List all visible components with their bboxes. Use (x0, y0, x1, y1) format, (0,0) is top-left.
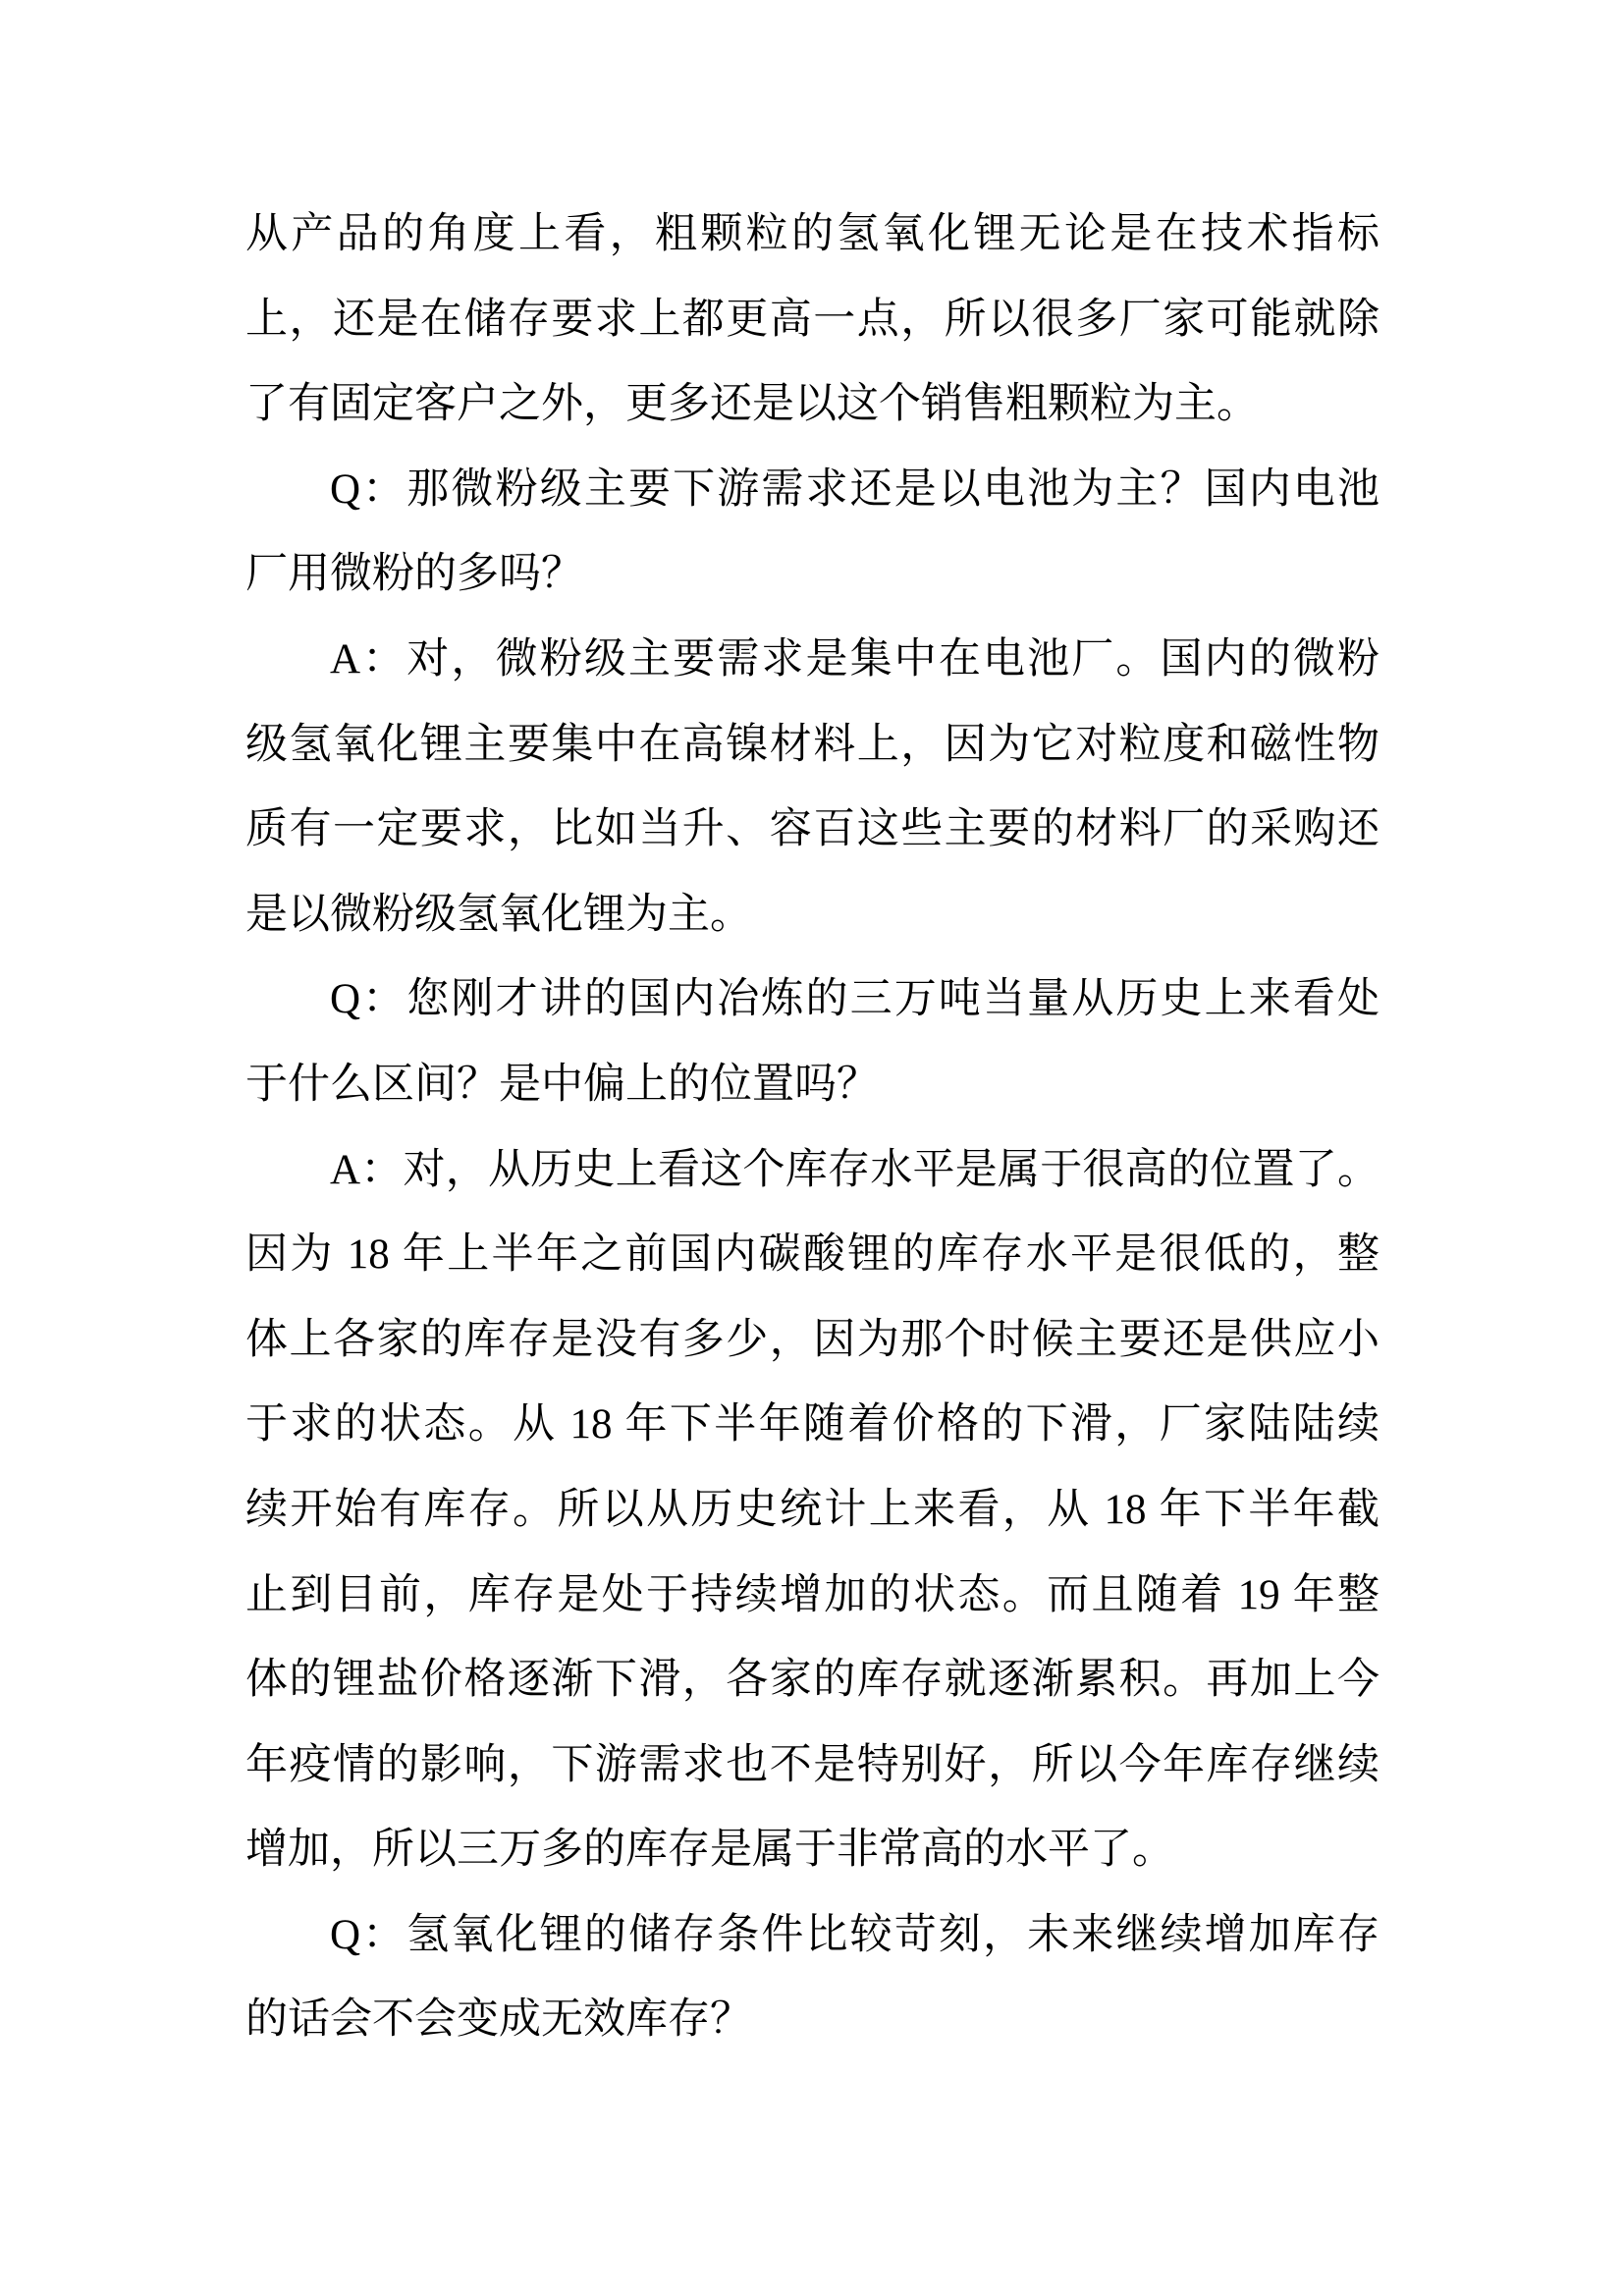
text-line: A：对，微粉级主要需求是集中在电池厂。国内的微粉 (245, 618, 1380, 703)
text-line: 的话会不会变成无效库存？ (245, 1978, 1380, 2063)
text-line: 于什么区间？是中偏上的位置吗？ (245, 1043, 1380, 1128)
text-line: 体上各家的库存是没有多少，因为那个时候主要还是供应小 (245, 1298, 1380, 1384)
text-line: 级氢氧化锂主要集中在高镍材料上，因为它对粒度和磁性物 (245, 703, 1380, 789)
text-line: 是以微粉级氢氧化锂为主。 (245, 873, 1380, 958)
text-content: 从产品的角度上看，粗颗粒的氢氧化锂无论是在技术指标 上，还是在储存要求上都更高一… (245, 192, 1380, 2063)
paragraph-answer-continuation: 从产品的角度上看，粗颗粒的氢氧化锂无论是在技术指标 上，还是在储存要求上都更高一… (245, 192, 1380, 448)
paragraph-answer-2: A：对，从历史上看这个库存水平是属于很高的位置了。 因为 18 年上半年之前国内… (245, 1128, 1380, 1893)
paragraph-question-3: Q：氢氧化锂的储存条件比较苛刻，未来继续增加库存 的话会不会变成无效库存？ (245, 1893, 1380, 2063)
text-line: 了有固定客户之外，更多还是以这个销售粗颗粒为主。 (245, 362, 1380, 448)
text-line: 增加，所以三万多的库存是属于非常高的水平了。 (245, 1808, 1380, 1893)
text-line: 于求的状态。从 18 年下半年随着价格的下滑，厂家陆陆续 (245, 1383, 1380, 1468)
text-line: 续开始有库存。所以从历史统计上来看，从 18 年下半年截 (245, 1468, 1380, 1554)
text-line: 上，还是在储存要求上都更高一点，所以很多厂家可能就除 (245, 278, 1380, 363)
text-line: 年疫情的影响，下游需求也不是特别好，所以今年库存继续 (245, 1723, 1380, 1809)
text-line: Q：您刚才讲的国内冶炼的三万吨当量从历史上来看处 (245, 957, 1380, 1043)
paragraph-answer-1: A：对，微粉级主要需求是集中在电池厂。国内的微粉 级氢氧化锂主要集中在高镍材料上… (245, 618, 1380, 957)
text-line: 因为 18 年上半年之前国内碳酸锂的库存水平是很低的，整 (245, 1213, 1380, 1298)
text-line: Q：那微粉级主要下游需求还是以电池为主？国内电池 (245, 448, 1380, 533)
text-line: 从产品的角度上看，粗颗粒的氢氧化锂无论是在技术指标 (245, 192, 1380, 278)
text-line: 质有一定要求，比如当升、容百这些主要的材料厂的采购还 (245, 788, 1380, 873)
text-line: 厂用微粉的多吗？ (245, 532, 1380, 618)
text-line: A：对，从历史上看这个库存水平是属于很高的位置了。 (245, 1128, 1380, 1214)
text-line: 止到目前，库存是处于持续增加的状态。而且随着 19 年整 (245, 1554, 1380, 1639)
paragraph-question-1: Q：那微粉级主要下游需求还是以电池为主？国内电池 厂用微粉的多吗？ (245, 448, 1380, 618)
paragraph-question-2: Q：您刚才讲的国内冶炼的三万吨当量从历史上来看处 于什么区间？是中偏上的位置吗？ (245, 957, 1380, 1127)
document-page: 从产品的角度上看，粗颗粒的氢氧化锂无论是在技术指标 上，还是在储存要求上都更高一… (0, 0, 1623, 2296)
text-line: Q：氢氧化锂的储存条件比较苛刻，未来继续增加库存 (245, 1893, 1380, 1979)
text-line: 体的锂盐价格逐渐下滑，各家的库存就逐渐累积。再加上今 (245, 1638, 1380, 1723)
